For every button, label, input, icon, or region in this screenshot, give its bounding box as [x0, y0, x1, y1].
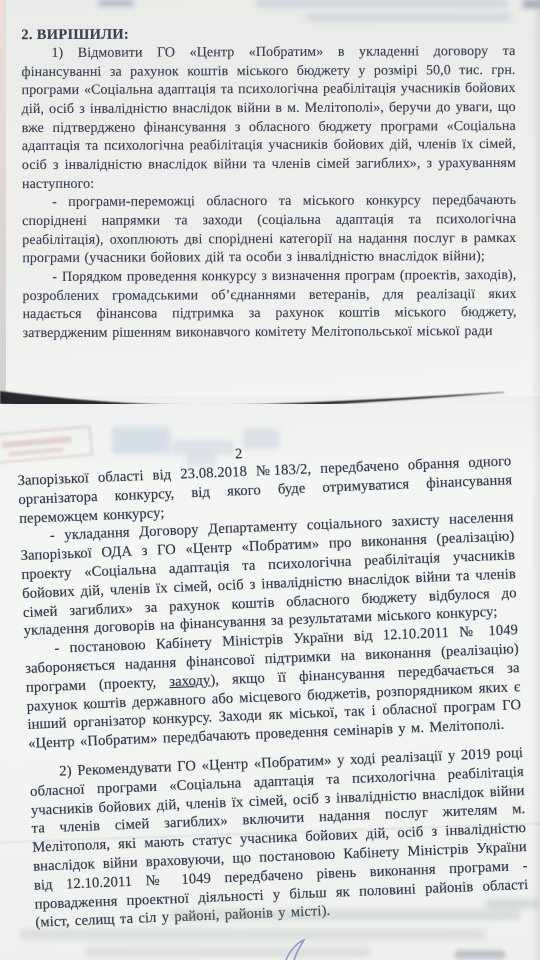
bleedthrough-smudge: [455, 950, 505, 959]
section-heading: 2. ВИРІШИЛИ:: [21, 25, 515, 44]
page-1: 2. ВИРІШИЛИ: 1) Відмовити ГО «Центр «Поб…: [6, 0, 540, 396]
paragraph-refusal: 1) Відмовити ГО «Центр «Побратим» в укла…: [21, 43, 516, 194]
paragraph-recommendation: 2) Рекомендувати ГО «Центр «Побратим» у …: [29, 744, 529, 933]
bleedthrough-smudge: [306, 13, 511, 21]
paragraph-related-programs: - програми-переможці обласного та місько…: [22, 192, 516, 269]
bleedthrough-smudge: [98, 0, 134, 6]
paragraph-agreement: - укладання Договору Департаменту соціал…: [20, 509, 518, 642]
underlined-word: заходу: [169, 672, 211, 690]
bleedthrough-smudge: [20, 929, 485, 940]
page-2: 2 Запорізької області від 23.08.2018 №18…: [0, 404, 540, 960]
page-1-text: 2. ВИРІШИЛИ: 1) Відмовити ГО «Центр «Поб…: [21, 25, 516, 344]
signature-mark: [280, 938, 320, 960]
bleedthrough-smudge: [85, 947, 370, 957]
scanned-document: 2. ВИРІШИЛИ: 1) Відмовити ГО «Центр «Поб…: [0, 0, 540, 960]
bleedthrough-smudge: [256, 0, 508, 7]
scan-backdrop-right-edge: [531, 0, 540, 960]
bleedthrough-smudge: [170, 910, 520, 920]
paragraph-contest-procedure: - Порядком проведення конкурсу з визначе…: [22, 267, 516, 344]
page-2-text: 2 Запорізької області від 23.08.2018 №18…: [17, 434, 530, 933]
paragraph-resolution-1049: - постановою Кабінету Міністрів України …: [24, 621, 522, 754]
